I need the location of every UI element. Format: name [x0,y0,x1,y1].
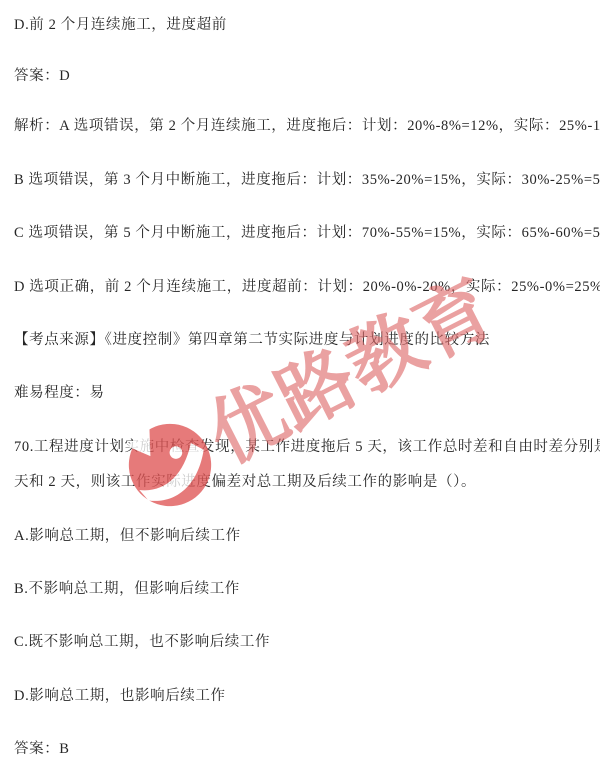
option-d: D.影响总工期，也影响后续工作 [14,684,226,705]
answer-line-70: 答案：B [14,737,70,758]
question-70-line-2: 天和 2 天，则该工作实际进度偏差对总工期及后续工作的影响是（）。 [14,470,476,491]
option-d-prev-question: D.前 2 个月连续施工，进度超前 [14,13,227,34]
knowledge-source-line: 【考点来源】《进度控制》第四章第二节实际进度与计划进度的比较方法 [14,328,490,349]
difficulty-line: 难易程度：易 [14,381,105,402]
analysis-option-a: 解析：A 选项错误，第 2 个月连续施工，进度拖后：计划：20%-8%=12%，… [14,114,600,135]
analysis-option-c: C 选项错误，第 5 个月中断施工，进度拖后：计划：70%-55%=15%，实际… [14,221,600,242]
analysis-option-b: B 选项错误，第 3 个月中断施工，进度拖后：计划：35%-20%=15%，实际… [14,168,600,189]
option-c: C.既不影响总工期，也不影响后续工作 [14,630,270,651]
youlu-logo-icon [114,409,227,522]
option-a: A.影响总工期，但不影响后续工作 [14,524,241,545]
analysis-option-d: D 选项正确，前 2 个月连续施工，进度超前：计划：20%-0%-20%，实际：… [14,275,600,296]
document-page: D.前 2 个月连续施工，进度超前 答案：D 解析：A 选项错误，第 2 个月连… [0,0,600,764]
option-b: B.不影响总工期，但影响后续工作 [14,577,240,598]
question-70-line-1: 70.工程进度计划实施中检查发现，某工作进度拖后 5 天，该工作总时差和自由时差… [14,435,600,456]
answer-line-prev: 答案：D [14,64,70,85]
